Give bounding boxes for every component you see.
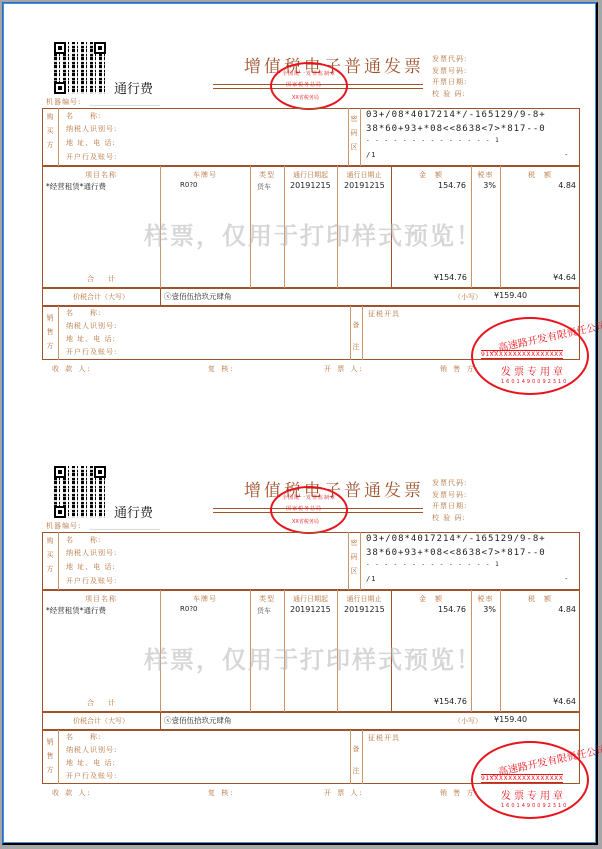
invoice-date-label: 开票日期: bbox=[432, 77, 467, 89]
item-name: *经营租赁*通行费 bbox=[46, 605, 106, 616]
col-header-tax: 税 额 bbox=[500, 170, 580, 180]
item-amount: 154.76 bbox=[391, 181, 466, 190]
col-header-tax-rate: 税率 bbox=[471, 170, 500, 180]
cipher-line-2: 38*60+93+*08<<8638<7>*817--0 bbox=[366, 124, 546, 134]
item-tax-rate: 3% bbox=[471, 181, 496, 190]
grand-total-small-label: （小写） bbox=[454, 292, 482, 302]
grand-total-small-label: （小写） bbox=[454, 716, 482, 726]
seller-tax-id-label: 纳税人识别号: bbox=[66, 321, 117, 331]
tax-bureau-stamp: 全国统一发票监制章 国家税务总局 XX省税务局 bbox=[270, 486, 348, 534]
seller-invoice-stamp: …高速路开发有限责任公司 91XXXXXXXXXXXXXXXX 发票专用章 16… bbox=[471, 317, 589, 395]
remarks-text: 征税开具 bbox=[368, 309, 400, 319]
cipher-line-3: - - - - - - - - - - - - - - 1 bbox=[366, 561, 500, 568]
total-tax: ¥4.64 bbox=[500, 697, 576, 706]
cipher-line-2: 38*60+93+*08<<8638<7>*817--0 bbox=[366, 548, 546, 558]
col-header-date-end: 通行日期止 bbox=[337, 594, 391, 604]
cipher-line-1: 03+/08*4017214*/-165129/9-8+ bbox=[366, 534, 546, 544]
item-date-start: 20191215 bbox=[290, 181, 331, 190]
col-header-date-start: 通行日期起 bbox=[284, 594, 337, 604]
check-code-label: 校 验 码: bbox=[432, 513, 467, 525]
remarks-side-label: 备注 bbox=[351, 314, 361, 358]
invoice-code-label: 发票代码: bbox=[432, 478, 467, 490]
grand-total-words: ⓧ壹佰伍拾玖元肆角 bbox=[164, 715, 232, 726]
total-amount: ¥154.76 bbox=[391, 697, 467, 706]
machine-number-field bbox=[90, 529, 160, 530]
seller-tax-id-label: 纳税人识别号: bbox=[66, 745, 117, 755]
grand-total-small: ¥159.40 bbox=[494, 715, 527, 724]
item-type: 货车 bbox=[257, 606, 271, 616]
machine-number-label: 机器编号: bbox=[46, 97, 81, 107]
cipher-line-4: /1 - bbox=[366, 151, 569, 159]
col-header-amount: 金 额 bbox=[391, 594, 471, 604]
seller-bank-label: 开户行及账号: bbox=[66, 771, 117, 781]
col-header-date-end: 通行日期止 bbox=[337, 170, 391, 180]
invoice-date-label: 开票日期: bbox=[432, 501, 467, 513]
total-label: 合 计 bbox=[42, 698, 160, 708]
cipher-line-4: /1 - bbox=[366, 575, 569, 583]
total-amount: ¥154.76 bbox=[391, 273, 467, 282]
payee-label: 收 款 人: bbox=[52, 364, 92, 374]
seller-name-label: 名 称: bbox=[66, 308, 101, 318]
item-amount: 154.76 bbox=[391, 605, 466, 614]
reviewer-label: 复 核: bbox=[208, 364, 235, 374]
item-plate: R0?0 bbox=[180, 605, 198, 613]
invoice-number-label: 发票号码: bbox=[432, 66, 467, 78]
fee-type-label: 通行费 bbox=[114, 78, 153, 97]
sample-watermark: 样票，仅用于打印样式预览！ bbox=[144, 216, 482, 251]
machine-number-field bbox=[90, 105, 160, 106]
issuer-label: 开 票 人: bbox=[324, 364, 364, 374]
invoice-2: 通行费 机器编号: 增值税电子普通发票 全国统一发票监制章 国家税务总局 XX省… bbox=[4, 428, 600, 848]
buyer-bank-label: 开户行及账号: bbox=[66, 152, 117, 162]
col-header-item-name: 项目名称 bbox=[42, 594, 160, 604]
item-tax: 4.84 bbox=[500, 605, 576, 614]
buyer-address-label: 地 址、电 话: bbox=[66, 562, 116, 572]
fee-type-label: 通行费 bbox=[114, 502, 153, 521]
seller-invoice-stamp: …高速路开发有限责任公司 91XXXXXXXXXXXXXXXX 发票专用章 16… bbox=[471, 741, 589, 819]
buyer-address-label: 地 址、电 话: bbox=[66, 138, 116, 148]
item-type: 货车 bbox=[257, 182, 271, 192]
invoice-code-label: 发票代码: bbox=[432, 54, 467, 66]
seller-side-label: 销售方 bbox=[45, 735, 55, 777]
buyer-side-label: 购买方 bbox=[45, 110, 55, 152]
payee-label: 收 款 人: bbox=[52, 788, 92, 798]
qr-code-icon bbox=[54, 42, 106, 94]
buyer-name-label: 名 称: bbox=[66, 535, 101, 545]
reviewer-label: 复 核: bbox=[208, 788, 235, 798]
total-label: 合 计 bbox=[42, 274, 160, 284]
seller-address-label: 地 址、电 话: bbox=[66, 334, 116, 344]
item-tax: 4.84 bbox=[500, 181, 576, 190]
seller-sign-label: 销 售 方: bbox=[440, 364, 480, 374]
remarks-text: 征税开具 bbox=[368, 733, 400, 743]
invoice-number-label: 发票号码: bbox=[432, 490, 467, 502]
col-header-date-start: 通行日期起 bbox=[284, 170, 337, 180]
buyer-tax-id-label: 纳税人识别号: bbox=[66, 124, 117, 134]
seller-sign-label: 销 售 方: bbox=[440, 788, 480, 798]
buyer-tax-id-label: 纳税人识别号: bbox=[66, 548, 117, 558]
cipher-side-label: 密码区 bbox=[349, 536, 359, 578]
cipher-side-label: 密码区 bbox=[349, 112, 359, 154]
col-header-type: 类型 bbox=[250, 594, 284, 604]
seller-address-label: 地 址、电 话: bbox=[66, 758, 116, 768]
col-header-plate: 车牌号 bbox=[160, 170, 250, 180]
invoice-meta: 发票代码: 发票号码: 开票日期: 校 验 码: bbox=[432, 54, 467, 100]
invoice-meta: 发票代码: 发票号码: 开票日期: 校 验 码: bbox=[432, 478, 467, 524]
col-header-tax-rate: 税率 bbox=[471, 594, 500, 604]
seller-bank-label: 开户行及账号: bbox=[66, 347, 117, 357]
sample-watermark: 样票，仅用于打印样式预览！ bbox=[144, 640, 482, 675]
grand-total-label: 价税合计（大写） bbox=[42, 716, 160, 726]
remarks-side-label: 备注 bbox=[351, 738, 361, 782]
seller-side-label: 销售方 bbox=[45, 311, 55, 353]
check-code-label: 校 验 码: bbox=[432, 89, 467, 101]
item-date-start: 20191215 bbox=[290, 605, 331, 614]
seller-name-label: 名 称: bbox=[66, 732, 101, 742]
item-name: *经营租赁*通行费 bbox=[46, 181, 106, 192]
cipher-line-1: 03+/08*4017214*/-165129/9-8+ bbox=[366, 110, 546, 120]
machine-number-label: 机器编号: bbox=[46, 521, 81, 531]
total-tax: ¥4.64 bbox=[500, 273, 576, 282]
col-header-type: 类型 bbox=[250, 170, 284, 180]
col-header-tax: 税 额 bbox=[500, 594, 580, 604]
buyer-bank-label: 开户行及账号: bbox=[66, 576, 117, 586]
item-date-end: 20191215 bbox=[344, 181, 385, 190]
item-plate: R0?0 bbox=[180, 181, 198, 189]
grand-total-small: ¥159.40 bbox=[494, 291, 527, 300]
cipher-line-3: - - - - - - - - - - - - - - 1 bbox=[366, 137, 500, 144]
grand-total-words: ⓧ壹佰伍拾玖元肆角 bbox=[164, 291, 232, 302]
buyer-side-label: 购买方 bbox=[45, 534, 55, 576]
col-header-plate: 车牌号 bbox=[160, 594, 250, 604]
col-header-amount: 金 额 bbox=[391, 170, 471, 180]
item-date-end: 20191215 bbox=[344, 605, 385, 614]
invoice-1: 通行费 机器编号: 增值税电子普通发票 全国统一发票监制章 国家税务总局 XX省… bbox=[4, 4, 600, 424]
issuer-label: 开 票 人: bbox=[324, 788, 364, 798]
tax-bureau-stamp: 全国统一发票监制章 国家税务总局 XX省税务局 bbox=[270, 62, 348, 110]
qr-code-icon bbox=[54, 466, 106, 518]
item-tax-rate: 3% bbox=[471, 605, 496, 614]
buyer-name-label: 名 称: bbox=[66, 111, 101, 121]
col-header-item-name: 项目名称 bbox=[42, 170, 160, 180]
grand-total-label: 价税合计（大写） bbox=[42, 292, 160, 302]
